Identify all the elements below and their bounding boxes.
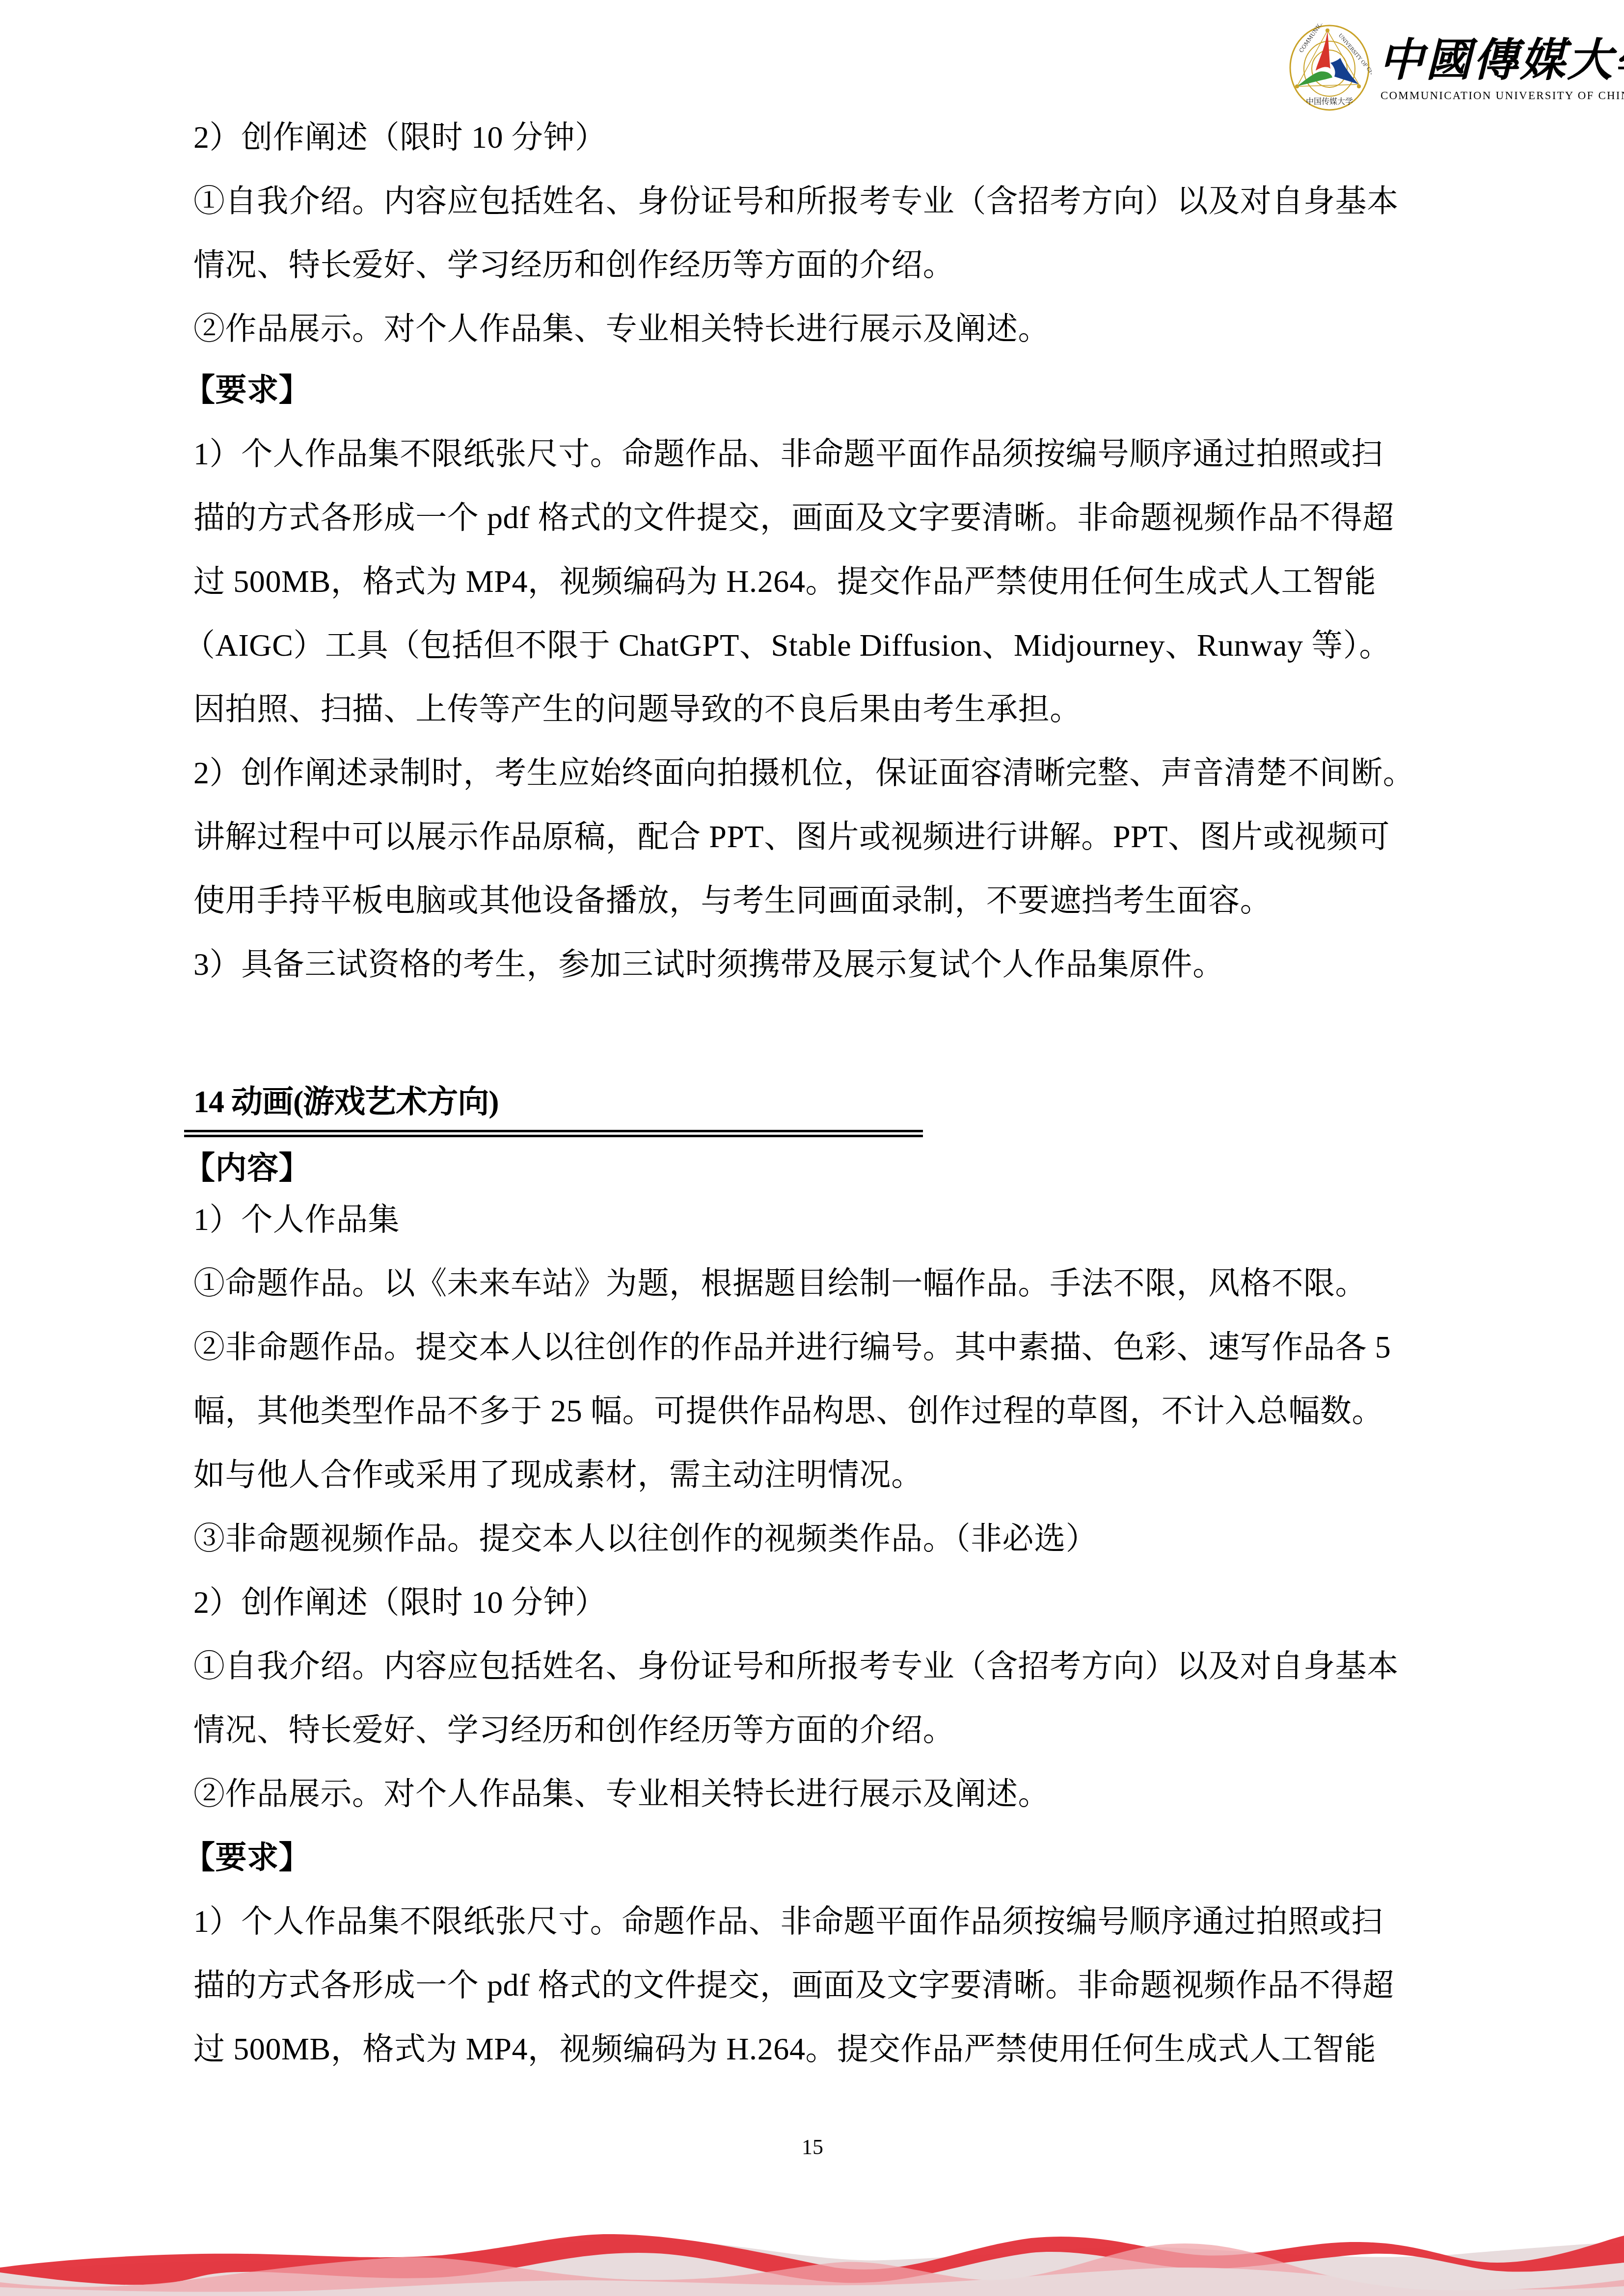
university-seal-icon: 中国传媒大学 COMMUNICATION UNIVERSITY OF CHINA [1287,24,1372,112]
text-line: ①命题作品。以《未来车站》为题，根据题目绘制一幅作品。手法不限，风格不限。 [193,1264,1367,1303]
text-line: 使用手持平板电脑或其他设备播放，与考生同画面录制，不要遮挡考生面容。 [193,881,1272,920]
requirements-label: 【要求】 [184,1838,310,1877]
text-line: 1）个人作品集 [193,1200,400,1239]
text-line: 2）创作阐述录制时，考生应始终面向拍摄机位，保证面容清晰完整、声音清楚不间断。 [193,753,1414,793]
text-line: 2）创作阐述（限时 10 分钟） [193,1583,607,1622]
decorative-wave-footer [0,2233,1624,2296]
text-line: 如与他人合作或采用了现成素材，需主动注明情况。 [193,1455,923,1495]
text-line: 情况、特长爱好、学习经历和创作经历等方面的介绍。 [193,1710,954,1750]
text-line: 2）创作阐述（限时 10 分钟） [193,118,607,157]
page-number: 15 [795,2133,830,2162]
svg-text:中国传媒大学: 中国传媒大学 [1306,97,1353,106]
text-line: ②作品展示。对个人作品集、专业相关特长进行展示及阐述。 [193,1774,1050,1814]
text-line: 讲解过程中可以展示作品原稿，配合 PPT、图片或视频进行讲解。PPT、图片或视频… [193,817,1390,856]
heading-double-underline [184,1130,923,1137]
text-line: 过 500MB，格式为 MP4，视频编码为 H.264。提交作品严禁使用任何生成… [193,2029,1376,2069]
university-name-cn: 中國傳媒大學 [1379,35,1624,84]
content-label: 【内容】 [184,1148,310,1188]
document-page: 中国传媒大学 COMMUNICATION UNIVERSITY OF CHINA… [0,0,1624,2296]
text-line: ①自我介绍。内容应包括姓名、身份证号和所报考专业（含招考方向）以及对自身基本 [193,182,1399,221]
text-line: 描的方式各形成一个 pdf 格式的文件提交，画面及文字要清晰。非命题视频作品不得… [193,498,1394,537]
text-line: 因拍照、扫描、上传等产生的问题导致的不良后果由考生承担。 [193,690,1082,729]
text-line: ②非命题作品。提交本人以往创作的作品并进行编号。其中素描、色彩、速写作品各 5 [193,1328,1391,1367]
section-heading: 14 动画(游戏艺术方向) [193,1082,499,1121]
requirements-label: 【要求】 [184,371,310,410]
university-logo: 中国传媒大学 COMMUNICATION UNIVERSITY OF CHINA… [1285,22,1599,115]
text-line: ③非命题视频作品。提交本人以往创作的视频类作品。（非必选） [193,1519,1097,1558]
text-line: 描的方式各形成一个 pdf 格式的文件提交，画面及文字要清晰。非命题视频作品不得… [193,1966,1394,2005]
text-line: ②作品展示。对个人作品集、专业相关特长进行展示及阐述。 [193,309,1050,348]
text-line: 1）个人作品集不限纸张尺寸。命题作品、非命题平面作品须按编号顺序通过拍照或扫 [193,434,1383,474]
text-line: （AIGC）工具（包括但不限于 ChatGPT、Stable Diffusion… [184,626,1391,665]
university-name-en: COMMUNICATION UNIVERSITY OF CHINA [1380,89,1624,102]
text-line: 过 500MB，格式为 MP4，视频编码为 H.264。提交作品严禁使用任何生成… [193,562,1376,601]
text-line: 1）个人作品集不限纸张尺寸。命题作品、非命题平面作品须按编号顺序通过拍照或扫 [193,1902,1383,1941]
text-line: 情况、特长爱好、学习经历和创作经历等方面的介绍。 [193,245,954,285]
text-line: 幅，其他类型作品不多于 25 幅。可提供作品构思、创作过程的草图，不计入总幅数。 [193,1391,1383,1431]
text-line: ①自我介绍。内容应包括姓名、身份证号和所报考专业（含招考方向）以及对自身基本 [193,1647,1399,1686]
text-line: 3）具备三试资格的考生，参加三试时须携带及展示复试个人作品集原件。 [193,945,1224,984]
